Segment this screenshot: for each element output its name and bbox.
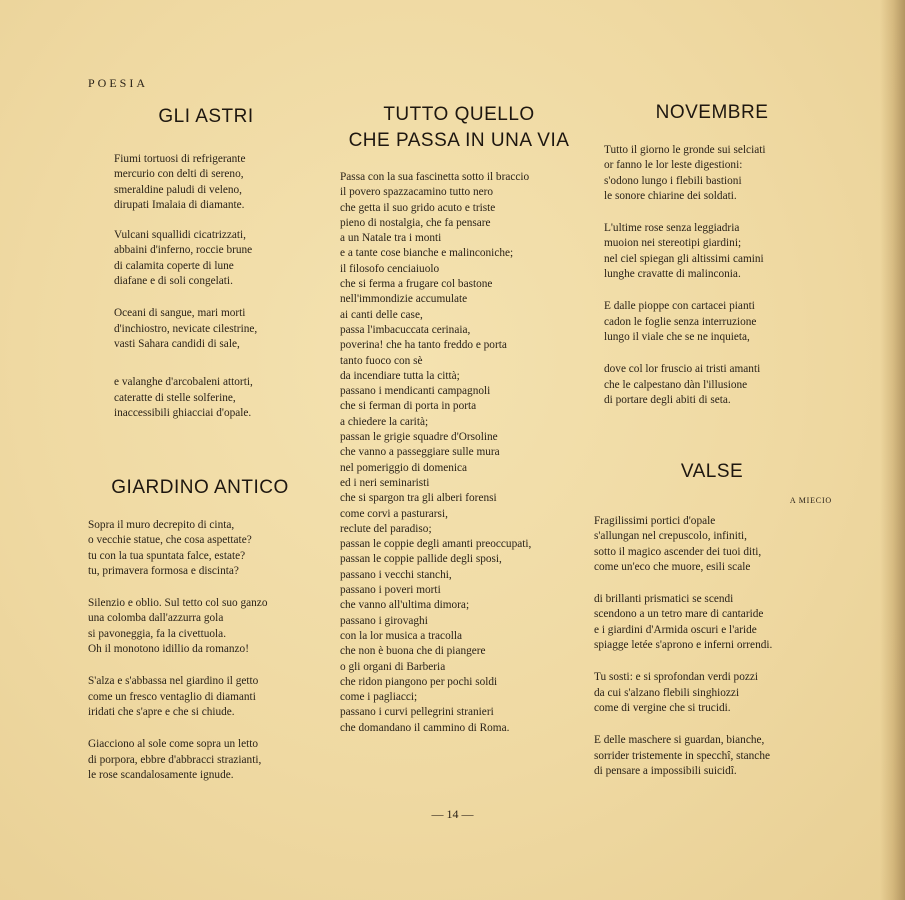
poem-title-line-2: CHE PASSA IN UNA VIA bbox=[336, 128, 582, 154]
stanza: Tu sosti: e si sprofondan verdi pozzida … bbox=[594, 670, 832, 716]
verse-line: abbaini d'inferno, roccie brune bbox=[114, 243, 326, 258]
verse-line: Tu sosti: e si sprofondan verdi pozzi bbox=[594, 670, 832, 685]
verse-line: di brillanti prismatici se scendi bbox=[594, 592, 832, 607]
verse-line: Tutto il giorno le gronde sui selciati bbox=[604, 143, 832, 158]
verse-line: come i pagliacci; bbox=[340, 690, 582, 705]
verse-line: mercurio con delti di sereno, bbox=[114, 167, 326, 182]
stanza: di brillanti prismatici se scendiscendon… bbox=[594, 592, 832, 653]
book-page: POESIA GLI ASTRI Fiumi tortuosi di refri… bbox=[0, 0, 905, 900]
verse-line: con la lor musica a tracolla bbox=[340, 629, 582, 644]
verse-line: si pavoneggia, fa la civettuola. bbox=[88, 627, 320, 642]
verse-line: Silenzio e oblio. Sul tetto col suo ganz… bbox=[88, 596, 320, 611]
verse-line: passa l'imbacuccata cerinaia, bbox=[340, 323, 582, 338]
stanza: Passa con la sua fascinetta sotto il bra… bbox=[340, 170, 582, 736]
verse-line: Giacciono al sole come sopra un letto bbox=[88, 737, 320, 752]
page-number: — 14 — bbox=[0, 807, 905, 822]
stanza: dove col lor fruscio ai tristi amantiche… bbox=[604, 362, 832, 408]
stanza: S'alza e s'abbassa nel giardino il getto… bbox=[88, 674, 320, 720]
verse-line: inaccessibili ghiacciai d'opale. bbox=[114, 406, 326, 421]
stanza: Tutto il giorno le gronde sui selciatior… bbox=[604, 143, 832, 204]
stanza: Fragilissimi portici d'opales'allungan n… bbox=[594, 514, 832, 575]
verse-line: pieno di nostalgia, che fa pensare bbox=[340, 216, 582, 231]
stanza: Giacciono al sole come sopra un lettodi … bbox=[88, 737, 320, 783]
verse-line: reclute del paradiso; bbox=[340, 522, 582, 537]
verse-line: Oh il monotono idillio da romanzo! bbox=[88, 642, 320, 657]
verse-line: come un'eco che muore, esili scale bbox=[594, 560, 832, 575]
verse-line: che si ferma a frugare col bastone bbox=[340, 277, 582, 292]
verse-line: d'inchiostro, nevicate cilestrine, bbox=[114, 322, 326, 337]
verse-line: S'alza e s'abbassa nel giardino il getto bbox=[88, 674, 320, 689]
poem-dedication: A MIECIO bbox=[592, 496, 832, 505]
poem-body: Passa con la sua fascinetta sotto il bra… bbox=[336, 170, 582, 736]
verse-line: E delle maschere si guardan, bianche, bbox=[594, 733, 832, 748]
stanza: Sopra il muro decrepito di cinta,o vecch… bbox=[88, 518, 320, 579]
stanza: E dalle pioppe con cartacei pianticadon … bbox=[604, 299, 832, 345]
verse-line: lunghe cravatte di malinconia. bbox=[604, 267, 832, 282]
verse-line: poverina! che ha tanto freddo e porta bbox=[340, 338, 582, 353]
verse-line: da cui s'alzano flebili singhiozzi bbox=[594, 686, 832, 701]
poem-tutto-quello: TUTTO QUELLO CHE PASSA IN UNA VIA Passa … bbox=[336, 102, 582, 736]
poem-gli-astri: GLI ASTRI Fiumi tortuosi di refrigerante… bbox=[86, 104, 326, 421]
verse-line: il povero spazzacamino tutto nero bbox=[340, 185, 582, 200]
verse-line: scendono a un tetro mare di cantaride bbox=[594, 607, 832, 622]
verse-line: di porpora, ebbre d'abbracci strazianti, bbox=[88, 753, 320, 768]
verse-line: come corvi a pasturarsi, bbox=[340, 507, 582, 522]
stanza: Silenzio e oblio. Sul tetto col suo ganz… bbox=[88, 596, 320, 657]
poem-giardino-antico: GIARDINO ANTICO Sopra il muro decrepito … bbox=[80, 475, 320, 783]
poem-body: Fiumi tortuosi di refrigerantemercurio c… bbox=[86, 152, 326, 421]
poem-title: NOVEMBRE bbox=[592, 100, 832, 126]
verse-line: passano i girovaghi bbox=[340, 614, 582, 629]
verse-line: tanto fuoco con sè bbox=[340, 354, 582, 369]
verse-line: che vanno a passeggiare sulle mura bbox=[340, 445, 582, 460]
verse-line: tu, primavera formosa e discinta? bbox=[88, 564, 320, 579]
verse-line: passano i mendicanti campagnoli bbox=[340, 384, 582, 399]
verse-line: s'odono lungo i flebili bastioni bbox=[604, 174, 832, 189]
verse-line: di calamita coperte di lune bbox=[114, 259, 326, 274]
verse-line: cadon le foglie senza interruzione bbox=[604, 315, 832, 330]
verse-line: nel pomeriggio di domenica bbox=[340, 461, 582, 476]
verse-line: come un fresco ventaglio di diamanti bbox=[88, 690, 320, 705]
verse-line: a un Natale tra i monti bbox=[340, 231, 582, 246]
verse-line: sorrider tristemente in specchî, stanche bbox=[594, 749, 832, 764]
verse-line: e a tante cose bianche e malinconiche; bbox=[340, 246, 582, 261]
verse-line: iridati che s'apre e che si chiude. bbox=[88, 705, 320, 720]
verse-line: o gli organi di Barberia bbox=[340, 660, 582, 675]
verse-line: tu con la tua spuntata falce, estate? bbox=[88, 549, 320, 564]
verse-line: o vecchie statue, che cosa aspettate? bbox=[88, 533, 320, 548]
verse-line: a chiedere la carità; bbox=[340, 415, 582, 430]
verse-line: or fanno le lor leste digestioni: bbox=[604, 158, 832, 173]
verse-line: spiagge letée s'aprono e inferni orrendi… bbox=[594, 638, 832, 653]
stanza: Fiumi tortuosi di refrigerantemercurio c… bbox=[114, 152, 326, 213]
verse-line: che si ferman di porta in porta bbox=[340, 399, 582, 414]
verse-line: Fiumi tortuosi di refrigerante bbox=[114, 152, 326, 167]
stanza: Oceani di sangue, mari mortid'inchiostro… bbox=[114, 306, 326, 352]
poem-title-line-1: TUTTO QUELLO bbox=[336, 102, 582, 128]
poem-body: Sopra il muro decrepito di cinta,o vecch… bbox=[80, 518, 320, 783]
verse-line: nel ciel spiegan gli altissimi camini bbox=[604, 252, 832, 267]
verse-line: muoion nei stereotipi giardini; bbox=[604, 236, 832, 251]
verse-line: smeraldine paludi di veleno, bbox=[114, 183, 326, 198]
verse-line: diafane e di soli congelati. bbox=[114, 274, 326, 289]
poem-title: VALSE bbox=[592, 459, 832, 485]
verse-line: le rose scandalosamente ignude. bbox=[88, 768, 320, 783]
verse-line: di portare degli abiti di seta. bbox=[604, 393, 832, 408]
verse-line: passano i vecchi stanchi, bbox=[340, 568, 582, 583]
verse-line: una colomba dall'azzurra gola bbox=[88, 611, 320, 626]
verse-line: dirupati Imalaia di diamante. bbox=[114, 198, 326, 213]
verse-line: Sopra il muro decrepito di cinta, bbox=[88, 518, 320, 533]
verse-line: da incendiare tutta la città; bbox=[340, 369, 582, 384]
verse-line: e valanghe d'arcobaleni attorti, bbox=[114, 375, 326, 390]
verse-line: passano i poveri morti bbox=[340, 583, 582, 598]
stanza: L'ultime rose senza leggiadriamuoion nei… bbox=[604, 221, 832, 282]
verse-line: come di vergine che si trucidi. bbox=[594, 701, 832, 716]
poem-title: GLI ASTRI bbox=[86, 104, 326, 130]
stanza: Vulcani squallidi cicatrizzati,abbaini d… bbox=[114, 228, 326, 289]
verse-line: che le calpestano dàn l'illusione bbox=[604, 378, 832, 393]
verse-line: Passa con la sua fascinetta sotto il bra… bbox=[340, 170, 582, 185]
verse-line: ai canti delle case, bbox=[340, 308, 582, 323]
verse-line: passan le grigie squadre d'Orsoline bbox=[340, 430, 582, 445]
verse-line: di pensare a impossibili suicidî. bbox=[594, 764, 832, 779]
verse-line: sotto il magico ascender dei tuoi diti, bbox=[594, 545, 832, 560]
verse-line: nell'immondizie accumulate bbox=[340, 292, 582, 307]
verse-line: che ridon piangono per pochi soldi bbox=[340, 675, 582, 690]
verse-line: e i giardini d'Armida oscuri e l'aride bbox=[594, 623, 832, 638]
poem-body: Tutto il giorno le gronde sui selciatior… bbox=[592, 143, 832, 408]
verse-line: passan le coppie degli amanti preoccupat… bbox=[340, 537, 582, 552]
verse-line: vasti Sahara candidi di sale, bbox=[114, 337, 326, 352]
verse-line: che vanno all'ultima dimora; bbox=[340, 598, 582, 613]
verse-line: lungo il viale che se ne inquieta, bbox=[604, 330, 832, 345]
stanza: e valanghe d'arcobaleni attorti,cateratt… bbox=[114, 375, 326, 421]
verse-line: che getta il suo grido acuto e triste bbox=[340, 201, 582, 216]
verse-line: E dalle pioppe con cartacei pianti bbox=[604, 299, 832, 314]
verse-line: L'ultime rose senza leggiadria bbox=[604, 221, 832, 236]
verse-line: passan le coppie pallide degli sposi, bbox=[340, 552, 582, 567]
section-label: POESIA bbox=[88, 76, 148, 91]
poem-body: Fragilissimi portici d'opales'allungan n… bbox=[592, 514, 832, 779]
verse-line: Vulcani squallidi cicatrizzati, bbox=[114, 228, 326, 243]
verse-line: cateratte di stelle solferine, bbox=[114, 391, 326, 406]
poem-novembre: NOVEMBRE Tutto il giorno le gronde sui s… bbox=[592, 100, 832, 408]
verse-line: ed i neri seminaristi bbox=[340, 476, 582, 491]
verse-line: passano i curvi pellegrini stranieri bbox=[340, 705, 582, 720]
verse-line: le sonore chiarine dei soldati. bbox=[604, 189, 832, 204]
verse-line: che si spargon tra gli alberi forensi bbox=[340, 491, 582, 506]
poem-valse: VALSE A MIECIO Fragilissimi portici d'op… bbox=[592, 459, 832, 779]
verse-line: dove col lor fruscio ai tristi amanti bbox=[604, 362, 832, 377]
verse-line: Oceani di sangue, mari morti bbox=[114, 306, 326, 321]
verse-line: che domandano il cammino di Roma. bbox=[340, 721, 582, 736]
verse-line: che non è buona che di piangere bbox=[340, 644, 582, 659]
poem-title: GIARDINO ANTICO bbox=[80, 475, 320, 501]
verse-line: il filosofo cenciaiuolo bbox=[340, 262, 582, 277]
stanza: E delle maschere si guardan, bianche,sor… bbox=[594, 733, 832, 779]
verse-line: s'allungan nel crepuscolo, infiniti, bbox=[594, 529, 832, 544]
verse-line: Fragilissimi portici d'opale bbox=[594, 514, 832, 529]
